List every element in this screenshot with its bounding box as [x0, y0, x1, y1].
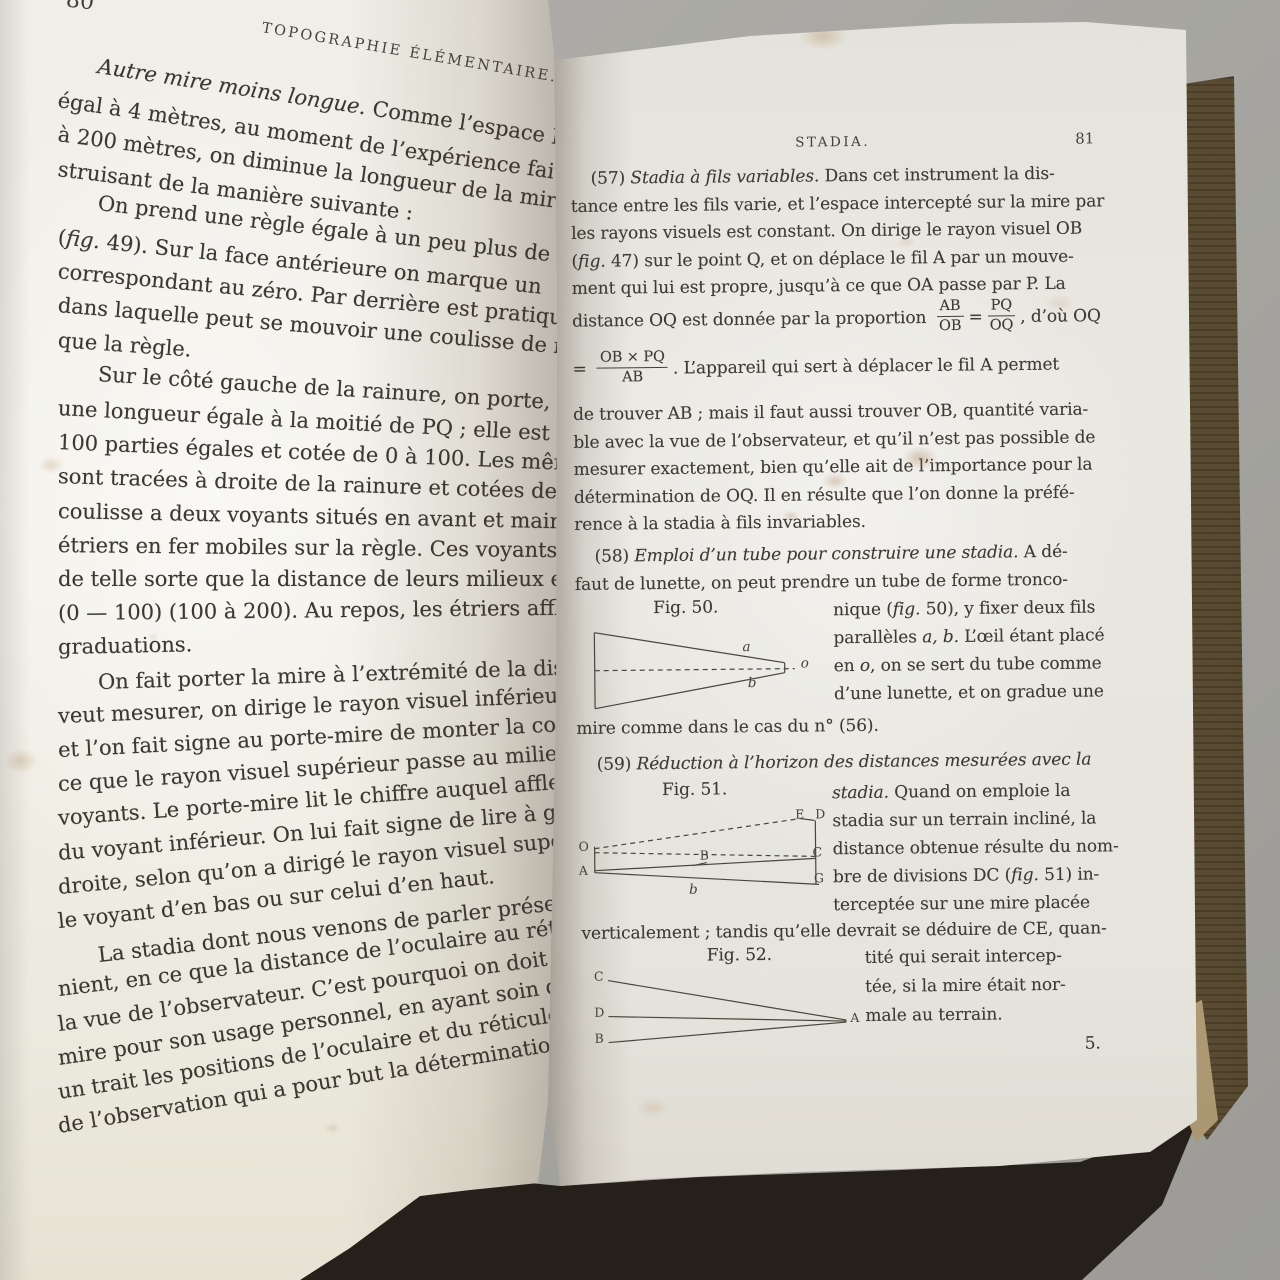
- fraction-numerator: PQ: [987, 297, 1015, 316]
- fraction-ab-ob: ABOB: [936, 298, 963, 335]
- fig50-diagram: [588, 623, 801, 717]
- fraction-denominator: AB: [597, 368, 668, 386]
- foxing-stain: [902, 446, 938, 470]
- foxing-stain: [146, 632, 160, 642]
- formula-text: . L’appareil qui sert à déplacer le fil …: [673, 354, 1059, 378]
- text-line: coulisse a deux voyants situés en avant …: [58, 499, 598, 534]
- formula-result: = OB × PQAB. L’appareil qui sert à dépla…: [572, 347, 1059, 388]
- italic-text-segment: Emploi d’un tube pour construire une sta…: [634, 542, 1018, 566]
- formula-proportion: distance OQ est donnée par la proportion…: [572, 298, 1101, 340]
- text-line: graduations.: [58, 633, 193, 660]
- fig51-label-A: A: [579, 863, 588, 878]
- text-line: distance obtenue résulte du nom-: [833, 836, 1119, 859]
- left-page: 80 TOPOGRAPHIE ÉLÉMENTAIRE. Autre mire m…: [0, 0, 600, 1280]
- foxing-stain: [38, 456, 64, 474]
- text-segment: Dans cet instrument la dis-: [819, 164, 1055, 186]
- text-segment: bre de divisions DC (: [833, 865, 1011, 887]
- fig52-label-A: A: [850, 1010, 859, 1025]
- text-line: (fig. 47) sur le point Q, et on déplace …: [571, 246, 1073, 271]
- running-header-left: TOPOGRAPHIE ÉLÉMENTAIRE.: [261, 20, 559, 86]
- text-line: (0 — 100) (100 à 200). Au repos, les étr…: [58, 596, 587, 625]
- text-line: de telle sorte que la distance de leurs …: [58, 567, 574, 591]
- text-segment: (58): [594, 546, 634, 566]
- text-line: verticalement ; tandis qu’elle devrait s…: [581, 918, 1106, 943]
- text-line: ble avec la vue de l’observateur, et qu’…: [573, 427, 1095, 452]
- page-number-81: 81: [1075, 129, 1094, 147]
- text-segment: L’œil étant placé: [959, 625, 1105, 647]
- fraction-numerator: AB: [936, 298, 963, 317]
- text-line: tée, si la mire était nor-: [865, 975, 1066, 997]
- text-line: (58) Emploi d’un tube pour construire un…: [594, 542, 1067, 567]
- text-line: nique (fig. 50), y fixer deux fils: [833, 597, 1095, 620]
- text-line: tité qui serait intercep-: [865, 946, 1062, 968]
- italic-text-segment: fig.: [1011, 865, 1039, 885]
- signature-mark: 5.: [1085, 1033, 1101, 1053]
- text-segment: Quand on emploie la: [889, 781, 1071, 803]
- fig50-label-o: o: [801, 655, 809, 671]
- text-line: parallèles a, b. L’œil étant placé: [833, 625, 1104, 648]
- text-line: rence à la stadia à fils invariables.: [574, 512, 866, 535]
- fig50-label-b: b: [748, 675, 757, 691]
- foxing-stain: [324, 1122, 342, 1134]
- fig50-label-a: a: [742, 639, 750, 655]
- fraction-numerator: OB × PQ: [597, 349, 668, 368]
- text-line: les rayons visuels est constant. On diri…: [571, 219, 1082, 244]
- text-segment: (59): [597, 754, 637, 774]
- text-line: étriers en fer mobiles sur la règle. Ces…: [58, 533, 588, 562]
- italic-text-segment: a, b.: [922, 627, 959, 647]
- italic-text-segment: Stadia à fils variables.: [630, 166, 819, 188]
- running-header-right: STADIA.: [795, 134, 870, 151]
- text-line: ment qui lui est propre, jusqu’à ce que …: [572, 274, 1066, 299]
- italic-text-segment: o: [860, 656, 870, 676]
- italic-text-segment: stadia.: [832, 783, 889, 804]
- foxing-stain: [1044, 294, 1074, 312]
- fig51-label-b: b: [689, 882, 698, 898]
- text-line: stadia sur un terrain incliné, la: [832, 808, 1096, 831]
- text-line: en o, on se sert du tube comme: [834, 653, 1102, 676]
- fig51-label-C: C: [813, 844, 823, 859]
- equals-sign: =: [572, 359, 586, 379]
- text-line: bre de divisions DC (fig. 51) in-: [833, 864, 1099, 887]
- text-line: mire comme dans le cas du n° (56).: [576, 716, 879, 739]
- text-segment: (57): [590, 168, 630, 188]
- fig52-label-D: D: [594, 1005, 604, 1020]
- foxing-stain: [896, 236, 916, 248]
- right-page: STADIA. 81 (57) Stadia à fils variables.…: [552, 0, 1252, 1280]
- text-segment: parallèles: [833, 627, 922, 648]
- text-segment: 51) in-: [1039, 864, 1100, 885]
- fig51-label-E: E: [795, 807, 804, 822]
- formula-text: distance OQ est donnée par la proportion: [572, 308, 926, 332]
- fig52-label-B: B: [594, 1031, 603, 1046]
- fraction-denominator: OQ: [988, 316, 1016, 334]
- text-line: terceptée sur une mire placée: [833, 893, 1090, 916]
- text-line: (57) Stadia à fils variables. Dans cet i…: [590, 164, 1054, 189]
- text-line: de trouver AB ; mais il faut aussi trouv…: [573, 400, 1088, 425]
- fig51-label-O: O: [578, 839, 588, 854]
- text-line: tance entre les fils varie, et l’espace …: [571, 191, 1105, 217]
- right-page-content: STADIA. 81 (57) Stadia à fils variables.…: [546, 0, 1259, 1280]
- italic-text-segment: fig.: [578, 251, 606, 271]
- text-line: (59) Réduction à l’horizon des distances…: [597, 750, 1092, 775]
- text-segment: , on se sert du tube comme: [870, 653, 1102, 675]
- italic-text-segment: Réduction à l’horizon des distances mesu…: [636, 750, 1091, 775]
- fraction-pq-oq: PQOQ: [987, 297, 1015, 334]
- text-segment: nique (: [833, 600, 893, 621]
- text-segment: A dé-: [1018, 542, 1067, 563]
- foxing-stain: [782, 510, 800, 522]
- fig51-label-D: D: [815, 806, 825, 821]
- fig51-label-B: B: [700, 848, 709, 863]
- fig51-label-G: G: [814, 870, 824, 885]
- text-line: stadia. Quand on emploie la: [832, 781, 1071, 803]
- foxing-stain: [636, 1098, 670, 1118]
- italic-text-segment: fig.: [65, 226, 101, 253]
- fraction-obpq-ab: OB × PQAB: [597, 349, 668, 386]
- equals-sign: =: [968, 307, 982, 327]
- text-line: male au terrain.: [865, 1004, 1002, 1025]
- foxing-stain: [822, 472, 848, 490]
- text-line: d’une lunette, et on gradue une: [834, 681, 1104, 704]
- text-segment: en: [834, 656, 860, 676]
- fig52-label-C: C: [594, 969, 604, 984]
- text-segment: 47) sur le point Q, et on déplace le fil…: [606, 246, 1074, 271]
- fig50-caption: Fig. 50.: [653, 597, 718, 618]
- page-number-80: 80: [65, 0, 95, 15]
- fraction-denominator: OB: [937, 316, 964, 334]
- text-line: faut de lunette, on peut prendre un tube…: [575, 569, 1068, 594]
- text-line: que la règle.: [57, 328, 192, 362]
- text-segment: 50), y fixer deux fils: [920, 597, 1095, 619]
- fig51-caption: Fig. 51.: [662, 779, 727, 800]
- italic-text-segment: fig.: [893, 599, 921, 619]
- fig52-diagram: [592, 962, 859, 1057]
- foxing-stain: [4, 748, 38, 774]
